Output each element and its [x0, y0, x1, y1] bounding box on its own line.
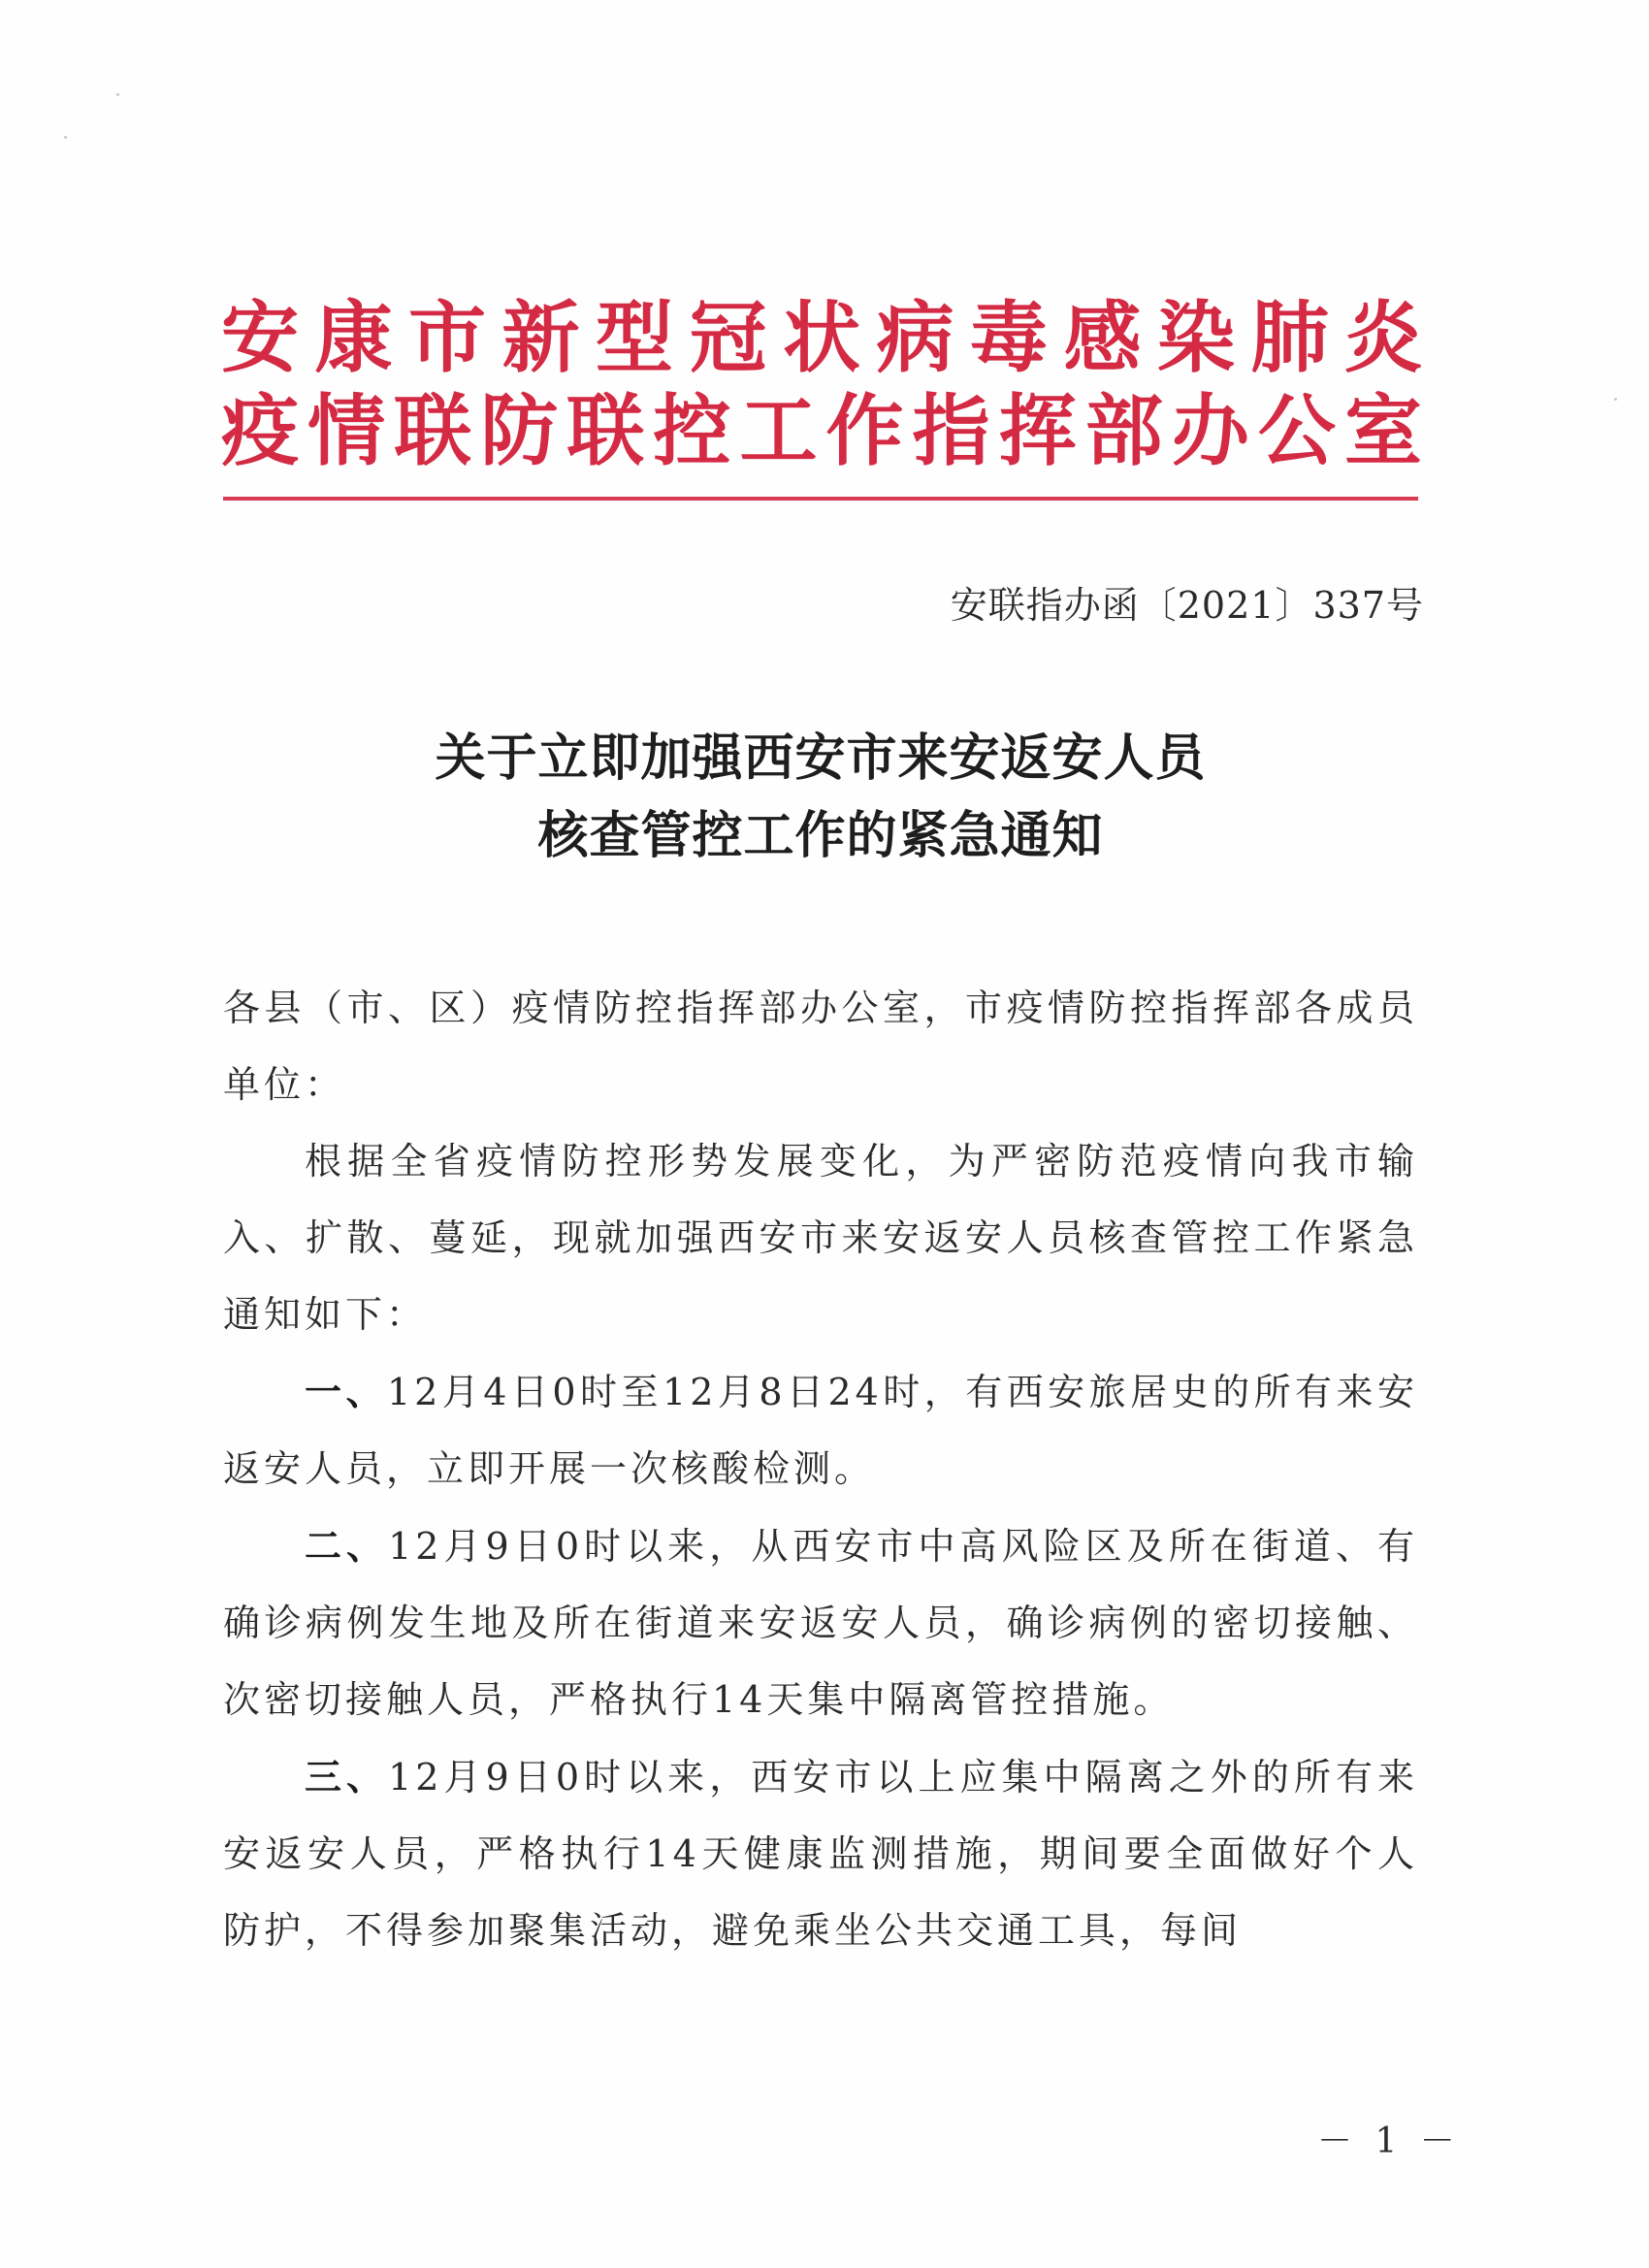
salutation: 各县（市、区）疫情防控指挥部办公室，市疫情防控指挥部各成员单位：: [223, 970, 1418, 1123]
item-paragraph-3: 三、12月9日0时以来，西安市以上应集中隔离之外的所有来安返安人员，严格执行14…: [223, 1738, 1418, 1969]
document-title-line-2: 核查管控工作的紧急通知: [223, 797, 1418, 875]
red-separator-line: [223, 497, 1418, 501]
document-title-line-1: 关于立即加强西安市来安返安人员: [223, 720, 1418, 797]
item-text: 12月4日0时至12月8日24时，有西安旅居史的所有来安返安人员，立即开展一次核…: [223, 1371, 1418, 1490]
scan-speck: [116, 93, 119, 96]
item-number: 二、: [305, 1524, 388, 1568]
item-number: 一、: [305, 1370, 387, 1413]
document-title: 关于立即加强西安市来安返安人员 核查管控工作的紧急通知: [223, 720, 1418, 875]
intro-paragraph: 根据全省疫情防控形势发展变化，为严密防范疫情向我市输入、扩散、蔓延，现就加强西安…: [223, 1123, 1418, 1353]
masthead-line-1: 安康市新型冠状病毒感染肺炎: [221, 291, 1424, 384]
masthead-line-2: 疫情联防联控工作指挥部办公室: [221, 384, 1424, 477]
document-body: 各县（市、区）疫情防控指挥部办公室，市疫情防控指挥部各成员单位： 根据全省疫情防…: [223, 970, 1418, 1969]
page-number: － 1 －: [1317, 2121, 1461, 2163]
item-number: 三、: [305, 1755, 388, 1798]
scan-speck: [1614, 398, 1617, 401]
item-paragraph-2: 二、12月9日0时以来，从西安市中高风险区及所在街道、有确诊病例发生地及所在街道…: [223, 1507, 1418, 1738]
scan-speck: [64, 136, 67, 139]
document-page: 安康市新型冠状病毒感染肺炎 疫情联防联控工作指挥部办公室 安联指办函〔2021〕…: [0, 0, 1649, 2268]
item-paragraph-1: 一、12月4日0时至12月8日24时，有西安旅居史的所有来安返安人员，立即开展一…: [223, 1353, 1418, 1507]
issuing-authority-masthead: 安康市新型冠状病毒感染肺炎 疫情联防联控工作指挥部办公室: [221, 291, 1424, 477]
document-number: 安联指办函〔2021〕337号: [951, 582, 1424, 629]
item-text: 12月9日0时以来，西安市以上应集中隔离之外的所有来安返安人员，严格执行14天健…: [223, 1756, 1418, 1952]
item-text: 12月9日0时以来，从西安市中高风险区及所在街道、有确诊病例发生地及所在街道来安…: [223, 1525, 1418, 1721]
